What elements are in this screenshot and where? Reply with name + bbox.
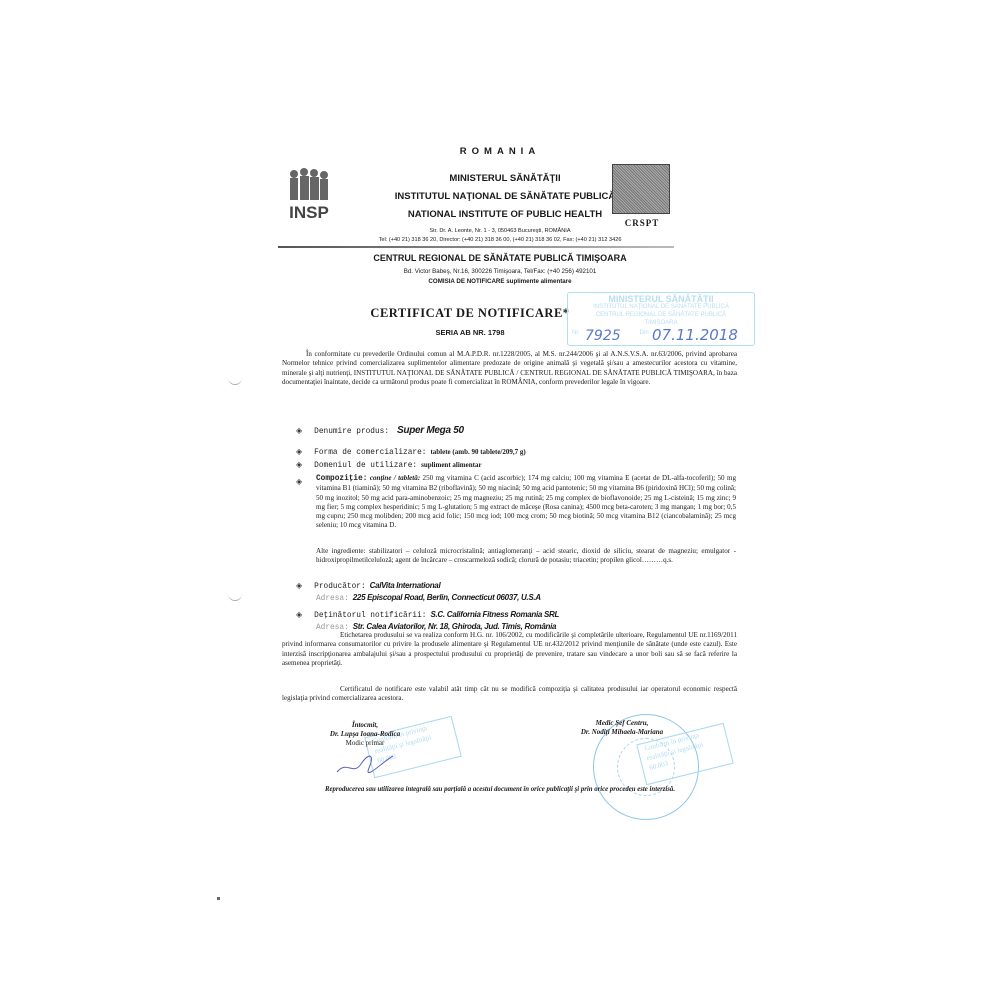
stamp-nr-label: Nr.: [572, 330, 580, 336]
reproduction-notice: Reproducerea sau utilizarea integrală sa…: [250, 786, 750, 793]
header-divider: [278, 246, 674, 248]
institute-address: Str. Dr. A. Leonte, Nr. 1 - 3, 050463 Bu…: [290, 227, 710, 245]
field-domain: ◈ Domeniul de utilizare: supliment alime…: [296, 454, 736, 472]
intro-paragraph: În conformitate cu prevederile Ordinului…: [282, 350, 737, 387]
phone-numbers: Tel: (+40 21) 318 36 20, Director: (+40 …: [290, 236, 710, 245]
composition-intro: conţine / tabletă:: [370, 474, 420, 482]
stamp-line: CENTRUL REGIONAL DE SĂNĂTATE PUBLICĂ: [568, 311, 754, 319]
signature-block-left: Întocmit, Dr. Lupşa Ioana-Rodica Modic p…: [300, 721, 430, 779]
other-ingredients: Alte ingrediente: stabilizatori – celulo…: [316, 547, 736, 566]
intro-text: În conformitate cu prevederile Ordinului…: [282, 350, 737, 386]
field-producer-address: Adresa: 225 Episcopal Road, Berlin, Conn…: [316, 587, 541, 605]
left-signature-title: Întocmit,: [300, 721, 430, 730]
diamond-bullet-icon: ◈: [296, 426, 302, 435]
validity-text: Certificatul de notificare este valabil …: [282, 685, 737, 702]
svg-text:INSP: INSP: [289, 203, 329, 222]
institute-name-ro: INSTITUTUL NAŢIONAL DE SĂNĂTATE PUBLICĂ: [360, 188, 650, 206]
ministry-name: MINISTERUL SĂNĂTĂŢII: [360, 170, 650, 188]
left-signatory-name: Dr. Lupşa Ioana-Rodica: [300, 730, 430, 739]
scan-speck: [217, 897, 220, 900]
country-heading: ROMANIA: [0, 146, 1000, 157]
registration-number: 7925: [585, 328, 621, 344]
stamp-line: INSTITUTUL NAŢIONAL DE SĂNĂTATE PUBLICĂ: [568, 303, 754, 311]
labeling-text: Etichetarea produsului se va realiza con…: [282, 631, 737, 667]
handwritten-signature-icon: [335, 750, 395, 776]
product-name-value: Super Mega 50: [397, 425, 464, 436]
diamond-bullet-icon: ◈: [296, 581, 302, 590]
insp-logo: INSP: [280, 166, 338, 224]
institute-name-en: NATIONAL INSTITUTE OF PUBLIC HEALTH: [360, 206, 650, 224]
producer-address-label: Adresa:: [316, 595, 349, 603]
composition-label: Compoziţie:: [316, 475, 367, 483]
left-signatory-role: Modic primar: [300, 739, 430, 748]
regional-center-name: CENTRUL REGIONAL DE SĂNĂTATE PUBLICĂ TIM…: [290, 253, 710, 263]
commission-name: COMISIA DE NOTIFICARE suplimente aliment…: [290, 278, 710, 285]
validity-paragraph: Certificatul de notificare este valabil …: [282, 685, 737, 704]
diamond-bullet-icon: ◈: [296, 477, 302, 486]
right-signature-title: Medic Şef Centru,: [522, 719, 722, 728]
diamond-bullet-icon: ◈: [296, 610, 302, 619]
crspt-building-image: [612, 164, 670, 214]
stamp-line: MINISTERUL SĂNĂTĂŢII: [568, 295, 754, 303]
regional-center-address: Bd. Victor Babeş, Nr.16, 300226 Timişoar…: [290, 268, 710, 275]
other-ingredients-label: Alte ingrediente:: [316, 547, 366, 555]
product-name-label: Denumire produs:: [314, 428, 389, 436]
producer-address-value: 225 Episcopal Road, Berlin, Connecticut …: [353, 593, 541, 602]
street-address: Str. Dr. A. Leonte, Nr. 1 - 3, 050463 Bu…: [290, 227, 710, 236]
institution-heading: MINISTERUL SĂNĂTĂŢII INSTITUTUL NAŢIONAL…: [360, 170, 650, 224]
labeling-paragraph: Etichetarea produsului se va realiza con…: [282, 631, 737, 668]
commission-bold: COMISIA DE NOTIFICARE: [428, 278, 504, 285]
domain-label: Domeniul de utilizare:: [314, 462, 417, 470]
field-product-name: ◈ Denumire produs: Super Mega 50: [296, 420, 736, 438]
other-ingredients-value: stabilizatori – celuloză microcristalină…: [316, 547, 736, 564]
composition-value: 250 mg vitamina C (acid ascorbic); 174 m…: [316, 474, 736, 529]
scan-mark: [228, 592, 242, 601]
composition-text: Compoziţie: conţine / tabletă: 250 mg vi…: [316, 474, 736, 531]
domain-value: supliment alimentar: [421, 461, 481, 469]
diamond-bullet-icon: ◈: [296, 460, 302, 469]
scan-mark: [228, 376, 242, 385]
registration-date: 07.11.2018: [652, 326, 738, 344]
signature-block-right: Medic Şef Centru, Dr. Nodiţi Mihaela-Mar…: [522, 719, 722, 737]
right-signatory-name: Dr. Nodiţi Mihaela-Mariana: [522, 728, 722, 737]
stamp-din-label: Din: [640, 330, 649, 336]
commission-rest: suplimente alimentare: [505, 278, 572, 285]
holder-address-value: Str. Calea Aviatorilor, Nr. 18, Ghiroda,…: [353, 622, 556, 631]
